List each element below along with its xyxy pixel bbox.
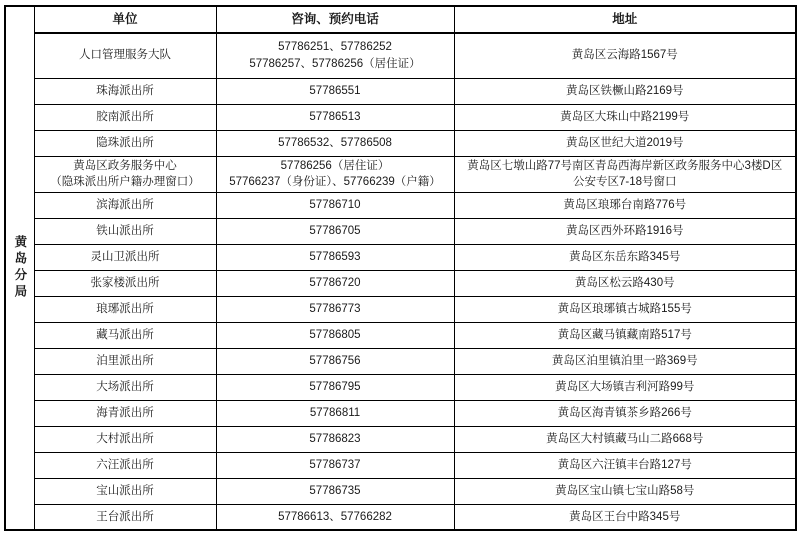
unit-cell: 灵山卫派出所 [34, 244, 216, 270]
unit-cell: 大场派出所 [34, 374, 216, 400]
phone-cell: 57786532、57786508 [216, 130, 454, 156]
unit-cell: 黄岛区政务服务中心 （隐珠派出所户籍办理窗口） [34, 156, 216, 192]
phone-cell: 57786795 [216, 374, 454, 400]
phone-cell: 57786756 [216, 348, 454, 374]
table-row: 张家楼派出所 57786720 黄岛区松云路430号 [5, 270, 796, 296]
table-row: 滨海派出所 57786710 黄岛区琅琊台南路776号 [5, 192, 796, 218]
table-row: 六汪派出所 57786737 黄岛区六汪镇丰台路127号 [5, 452, 796, 478]
table-row: 胶南派出所 57786513 黄岛区大珠山中路2199号 [5, 104, 796, 130]
address-cell: 黄岛区藏马镇藏南路517号 [454, 322, 796, 348]
phone-cell: 57786720 [216, 270, 454, 296]
phone-cell: 57786805 [216, 322, 454, 348]
address-cell: 黄岛区泊里镇泊里一路369号 [454, 348, 796, 374]
table-row: 泊里派出所 57786756 黄岛区泊里镇泊里一路369号 [5, 348, 796, 374]
table-row: 大村派出所 57786823 黄岛区大村镇藏马山二路668号 [5, 426, 796, 452]
table-row: 人口管理服务大队 57786251、57786252 57786257、5778… [5, 33, 796, 78]
address-cell: 黄岛区松云路430号 [454, 270, 796, 296]
table-row: 藏马派出所 57786805 黄岛区藏马镇藏南路517号 [5, 322, 796, 348]
table-row: 隐珠派出所 57786532、57786508 黄岛区世纪大道2019号 [5, 130, 796, 156]
unit-cell: 宝山派出所 [34, 478, 216, 504]
table-row: 海青派出所 57786811 黄岛区海青镇茶乡路266号 [5, 400, 796, 426]
phone-cell: 57786705 [216, 218, 454, 244]
phone-cell: 57786513 [216, 104, 454, 130]
phone-cell: 57786737 [216, 452, 454, 478]
address-cell: 黄岛区琅琊镇古城路155号 [454, 296, 796, 322]
table-row: 大场派出所 57786795 黄岛区大场镇吉利河路99号 [5, 374, 796, 400]
address-cell: 黄岛区大珠山中路2199号 [454, 104, 796, 130]
phone-cell: 57786710 [216, 192, 454, 218]
phone-cell: 57786251、57786252 57786257、57786256（居住证） [216, 33, 454, 78]
table-body: 黄岛分局 单位 咨询、预约电话 地址 人口管理服务大队 57786251、577… [5, 6, 796, 530]
table-row: 灵山卫派出所 57786593 黄岛区东岳东路345号 [5, 244, 796, 270]
table-row: 琅琊派出所 57786773 黄岛区琅琊镇古城路155号 [5, 296, 796, 322]
unit-cell: 滨海派出所 [34, 192, 216, 218]
column-header-unit: 单位 [34, 6, 216, 33]
address-cell: 黄岛区西外环路1916号 [454, 218, 796, 244]
phone-cell: 57786773 [216, 296, 454, 322]
address-cell: 黄岛区琅琊台南路776号 [454, 192, 796, 218]
address-cell: 黄岛区大村镇藏马山二路668号 [454, 426, 796, 452]
address-cell: 黄岛区六汪镇丰台路127号 [454, 452, 796, 478]
address-cell: 黄岛区铁橛山路2169号 [454, 78, 796, 104]
address-cell: 黄岛区宝山镇七宝山路58号 [454, 478, 796, 504]
unit-cell: 珠海派出所 [34, 78, 216, 104]
unit-cell: 张家楼派出所 [34, 270, 216, 296]
unit-cell: 泊里派出所 [34, 348, 216, 374]
address-cell: 黄岛区云海路1567号 [454, 33, 796, 78]
phone-cell: 57786823 [216, 426, 454, 452]
unit-cell: 大村派出所 [34, 426, 216, 452]
unit-cell: 王台派出所 [34, 504, 216, 530]
address-cell: 黄岛区东岳东路345号 [454, 244, 796, 270]
table-row: 黄岛区政务服务中心 （隐珠派出所户籍办理窗口） 57786256（居住证） 57… [5, 156, 796, 192]
phone-cell: 57786613、57766282 [216, 504, 454, 530]
branch-group-label: 黄岛分局 [11, 235, 29, 301]
police-contact-table: 黄岛分局 单位 咨询、预约电话 地址 人口管理服务大队 57786251、577… [4, 5, 797, 531]
phone-cell: 57786593 [216, 244, 454, 270]
address-cell: 黄岛区海青镇茶乡路266号 [454, 400, 796, 426]
phone-cell: 57786735 [216, 478, 454, 504]
unit-cell: 六汪派出所 [34, 452, 216, 478]
table-row: 铁山派出所 57786705 黄岛区西外环路1916号 [5, 218, 796, 244]
table-row: 王台派出所 57786613、57766282 黄岛区王台中路345号 [5, 504, 796, 530]
address-cell: 黄岛区王台中路345号 [454, 504, 796, 530]
unit-cell: 琅琊派出所 [34, 296, 216, 322]
table-row: 珠海派出所 57786551 黄岛区铁橛山路2169号 [5, 78, 796, 104]
address-cell: 黄岛区世纪大道2019号 [454, 130, 796, 156]
table-row: 宝山派出所 57786735 黄岛区宝山镇七宝山路58号 [5, 478, 796, 504]
phone-cell: 57786256（居住证） 57766237（身份证）、57766239（户籍） [216, 156, 454, 192]
phone-cell: 57786811 [216, 400, 454, 426]
branch-group-cell: 黄岛分局 [5, 6, 34, 530]
column-header-address: 地址 [454, 6, 796, 33]
unit-cell: 藏马派出所 [34, 322, 216, 348]
phone-cell: 57786551 [216, 78, 454, 104]
unit-cell: 隐珠派出所 [34, 130, 216, 156]
address-cell: 黄岛区大场镇吉利河路99号 [454, 374, 796, 400]
unit-cell: 铁山派出所 [34, 218, 216, 244]
unit-cell: 胶南派出所 [34, 104, 216, 130]
header-row: 黄岛分局 单位 咨询、预约电话 地址 [5, 6, 796, 33]
unit-cell: 人口管理服务大队 [34, 33, 216, 78]
unit-cell: 海青派出所 [34, 400, 216, 426]
column-header-phone: 咨询、预约电话 [216, 6, 454, 33]
address-cell: 黄岛区七墩山路77号南区青岛西海岸新区政务服务中心3楼D区 公安专区7-18号窗… [454, 156, 796, 192]
